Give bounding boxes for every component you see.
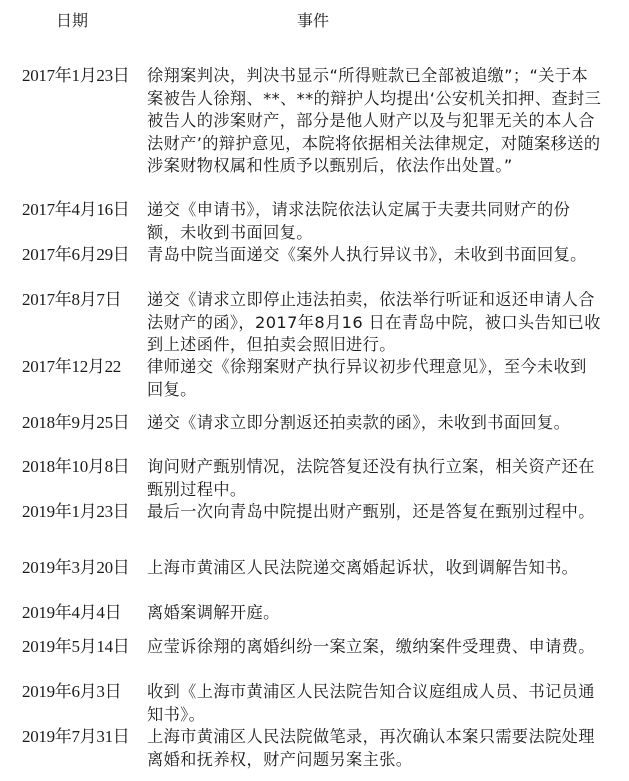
row-event: 最后一次向青岛中院提出财产甄别，还是答复在甄别过程中。 [147,501,602,524]
row-date: 2019年3月20日 [22,557,130,580]
row-event: 上海市黄浦区人民法院递交离婚起诉状，收到调解告知书。 [147,557,602,580]
row-event: 徐翔案判决，判决书显示“所得赃款已全部被追缴”；“关于本案被告人徐翔、**、**… [147,65,602,178]
row-event: 离婚案调解开庭。 [147,602,602,625]
row-event: 律师递交《徐翔案财产执行异议初步代理意见》，至今未收到回复。 [147,356,602,401]
row-date: 2017年4月16日 [22,199,130,222]
row-date: 2019年4月4日 [22,602,121,625]
row-date: 2017年12月22 [22,356,121,379]
row-date: 2019年1月23日 [22,501,130,524]
row-date: 2017年1月23日 [22,65,130,88]
row-event: 递交《请求立即停止违法拍卖，依法举行听证和返还申请人合法财产的函》，2017年8… [147,289,602,357]
row-date: 2018年9月25日 [22,412,130,435]
row-event: 递交《申请书》，请求法院依法认定属于夫妻共同财产的份额，未收到书面回复。 [147,199,602,244]
column-header-date: 日期 [56,8,88,31]
row-date: 2019年7月31日 [22,726,130,749]
table-header: 日期 事件 [0,0,629,40]
row-date: 2019年5月14日 [22,636,130,659]
row-event: 上海市黄浦区人民法院做笔录，再次确认本案只需要法院处理离婚和抚养权，财产问题另案… [147,726,602,771]
row-event: 收到《上海市黄浦区人民法院告知合议庭组成人员、书记员通知书》。 [147,681,602,726]
column-header-event: 事件 [297,8,329,31]
row-event: 递交《请求立即分割返还拍卖款的函》，未收到书面回复。 [147,412,602,435]
row-event: 青岛中院当面递交《案外人执行异议书》，未收到书面回复。 [147,244,602,267]
row-event: 询问财产甄别情况，法院答复还没有执行立案，相关资产还在甄别过程中。 [147,456,602,501]
row-date: 2017年6月29日 [22,244,130,267]
row-event: 应莹诉徐翔的离婚纠纷一案立案，缴纳案件受理费、申请费。 [147,636,602,659]
row-date: 2018年10月8日 [22,456,130,479]
row-date: 2019年6月3日 [22,681,121,704]
row-date: 2017年8月7日 [22,289,121,312]
